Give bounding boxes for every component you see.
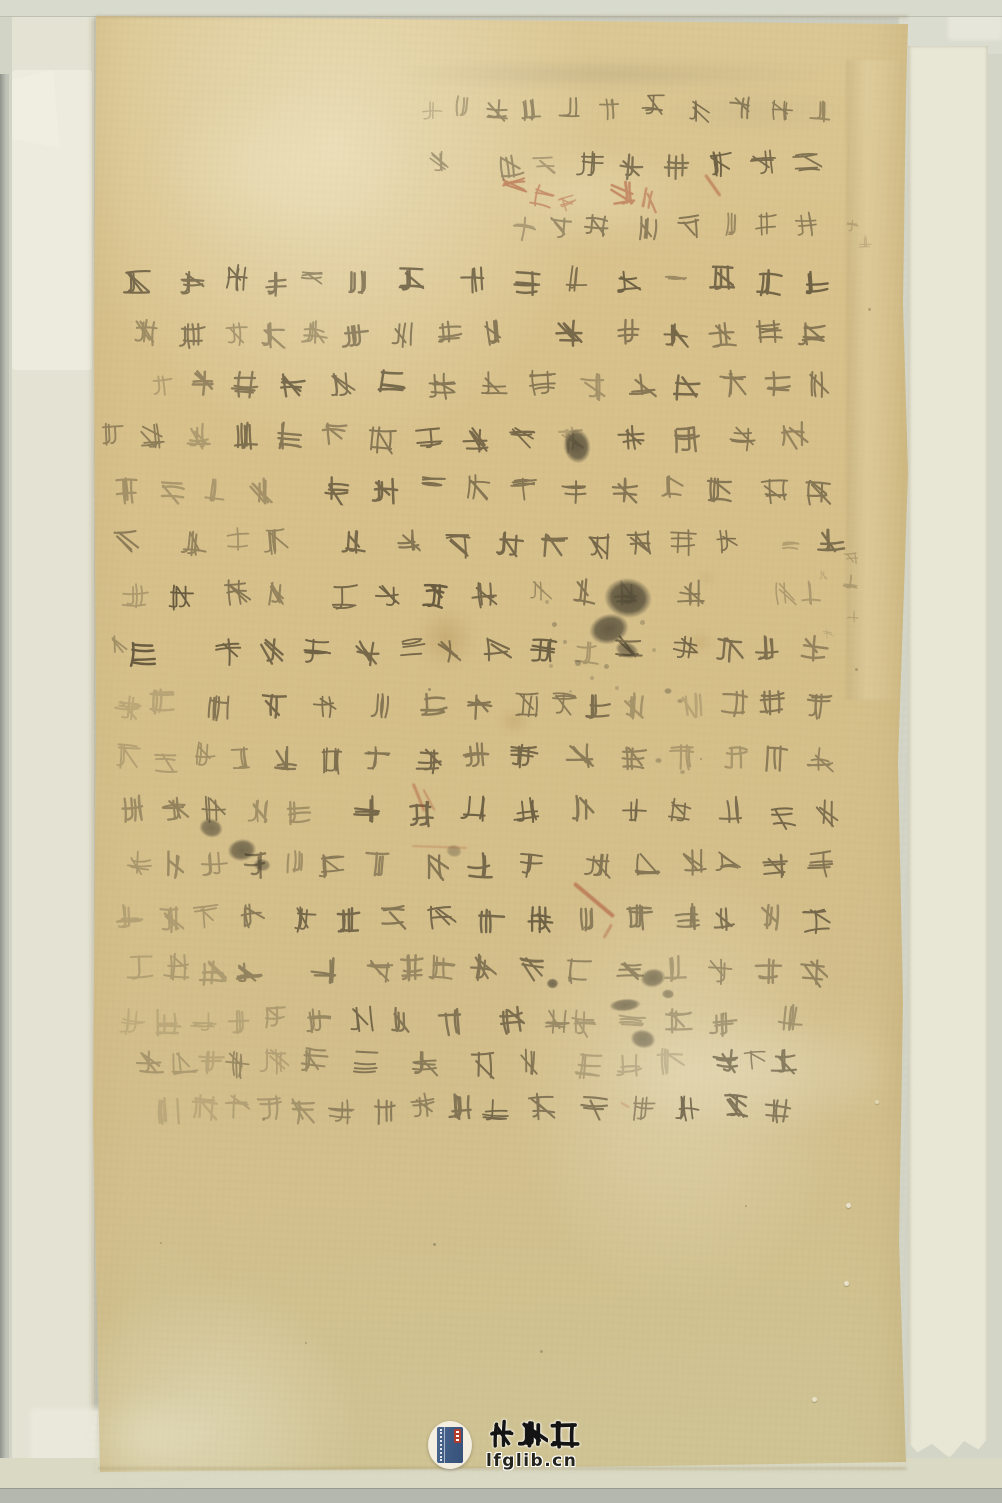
handwritten-char [661, 151, 692, 185]
handwritten-char [567, 576, 600, 613]
handwritten-char [527, 367, 559, 402]
handwritten-char [418, 688, 450, 723]
handwritten-char [99, 420, 127, 451]
ink-blot [654, 757, 663, 764]
handwritten-char [223, 526, 253, 559]
handwritten-char [396, 263, 427, 298]
handwritten-char [350, 794, 381, 829]
paper-speck [160, 1242, 162, 1244]
handwritten-char [611, 474, 642, 509]
handwritten-char [796, 956, 829, 993]
handwritten-char [668, 527, 699, 562]
handwritten-char [754, 210, 782, 242]
stitched-book-icon [437, 1427, 463, 1463]
handwritten-char [674, 1093, 706, 1128]
handwritten-char [528, 634, 561, 670]
handwritten-char [706, 319, 739, 356]
handwritten-char [673, 902, 704, 937]
ink-speckle [549, 664, 553, 668]
handwritten-char [679, 847, 709, 881]
handwritten-char [190, 901, 223, 938]
ink-speckle [552, 622, 557, 627]
handwritten-char [463, 472, 494, 507]
scan-bed-edge-left [0, 74, 9, 1503]
handwritten-char [480, 633, 513, 670]
handwritten-char [822, 625, 835, 645]
handwritten-char [760, 475, 790, 509]
handwritten-char [271, 744, 301, 778]
handwritten-char [717, 369, 749, 405]
handwritten-char [408, 1090, 441, 1126]
handwritten-char [255, 633, 288, 670]
red-ink-mark [605, 177, 638, 214]
ink-speckle [652, 648, 656, 652]
handwritten-char [511, 689, 543, 725]
handwritten-char [584, 692, 615, 727]
handwritten-char [798, 320, 829, 355]
handwritten-char [512, 267, 543, 302]
handwritten-char [303, 1005, 335, 1041]
handwritten-char [508, 739, 540, 774]
handwritten-char [561, 263, 594, 300]
handwritten-char [298, 264, 325, 295]
stain [88, 1392, 213, 1480]
book-stitch-binding [440, 1429, 442, 1461]
handwritten-char [675, 578, 706, 613]
handwritten-char [582, 849, 615, 886]
handwritten-char [233, 955, 266, 991]
handwritten-char [561, 956, 594, 992]
handwritten-char [704, 956, 735, 991]
handwritten-char [526, 903, 556, 937]
stain [395, 58, 830, 90]
handwritten-char [282, 849, 308, 879]
handwritten-char [155, 1095, 186, 1129]
handwritten-char [261, 1004, 287, 1034]
handwritten-char [713, 527, 741, 559]
handwritten-char [298, 1045, 330, 1081]
handwritten-char [228, 368, 261, 404]
handwritten-char [640, 91, 668, 123]
handwritten-char [259, 319, 290, 354]
handwritten-char [420, 96, 446, 126]
ink-speckle [563, 640, 567, 644]
handwritten-char [461, 424, 492, 459]
watermark-title-char [486, 1419, 516, 1453]
handwritten-char [188, 1006, 218, 1040]
handwritten-char [308, 954, 341, 990]
handwritten-char [189, 1091, 221, 1126]
handwritten-char [366, 423, 399, 459]
stain [120, 1180, 210, 1380]
handwritten-char [508, 213, 538, 247]
handwritten-char [597, 95, 626, 127]
handwritten-char [409, 1048, 439, 1082]
tape-strip-right [908, 46, 988, 1458]
handwritten-char [513, 952, 546, 989]
handwritten-char [426, 370, 458, 406]
handwritten-char [178, 268, 208, 302]
paper-hole-speck [812, 1397, 817, 1402]
handwritten-char [150, 745, 182, 780]
handwritten-char [670, 371, 701, 406]
handwritten-char [558, 476, 590, 512]
handwritten-char [810, 797, 842, 832]
handwritten-char [445, 1090, 477, 1126]
handwritten-char [576, 372, 606, 406]
handwritten-char [705, 475, 735, 509]
handwritten-char [321, 420, 350, 453]
handwritten-char [435, 1006, 468, 1043]
handwritten-char [386, 1005, 417, 1040]
handwritten-char [669, 631, 702, 668]
handwritten-char [152, 1008, 182, 1042]
handwritten-char [258, 690, 291, 726]
handwritten-char [858, 234, 873, 253]
handwritten-char [570, 903, 601, 938]
handwritten-char [262, 577, 295, 613]
ink-blot [676, 698, 684, 704]
handwritten-char [747, 147, 780, 183]
handwritten-char [753, 632, 785, 667]
handwritten-char [670, 425, 701, 460]
handwritten-char [317, 745, 348, 780]
handwritten-char [350, 636, 383, 672]
handwritten-char [726, 92, 755, 124]
handwritten-char [161, 952, 192, 987]
handwritten-char [846, 608, 860, 627]
handwritten-char [333, 905, 364, 940]
handwritten-char [465, 952, 498, 989]
handwritten-char [360, 743, 392, 779]
handwritten-char [220, 317, 252, 353]
handwritten-char [531, 151, 557, 181]
handwritten-char [167, 582, 197, 616]
handwritten-char [366, 690, 398, 726]
stain [150, 90, 420, 250]
handwritten-char [483, 95, 511, 127]
paper-hole-speck [875, 1100, 879, 1104]
ink-speckle [615, 686, 619, 690]
handwritten-char [476, 906, 506, 940]
paper-crease-right [846, 60, 904, 700]
handwritten-char [148, 687, 179, 722]
handwritten-char [664, 795, 696, 831]
handwritten-char [177, 320, 207, 354]
handwritten-char [196, 957, 228, 993]
handwritten-char [633, 850, 664, 885]
scanned-manuscript-page: lfglib.cn [0, 0, 1002, 1503]
handwritten-char [114, 901, 145, 936]
handwritten-char [244, 795, 276, 831]
handwritten-char [223, 1006, 255, 1042]
paper-speck [745, 1205, 747, 1207]
watermark: lfglib.cn [418, 1415, 608, 1477]
ink-blot [545, 977, 560, 990]
handwritten-char [564, 741, 596, 776]
paper-speck [433, 1243, 436, 1246]
handwritten-char [284, 795, 315, 830]
handwritten-char [221, 262, 253, 297]
watermark-title-char [550, 1419, 580, 1453]
handwritten-char [480, 368, 511, 403]
handwritten-char [761, 1094, 794, 1131]
handwritten-char [625, 369, 657, 405]
ink-speckle [569, 690, 572, 693]
handwritten-char [220, 1049, 251, 1084]
handwritten-char [226, 744, 255, 776]
handwritten-char [720, 1090, 751, 1125]
handwritten-char [753, 957, 783, 991]
handwritten-char [619, 743, 649, 777]
handwritten-char [348, 1003, 381, 1039]
handwritten-char [714, 847, 742, 879]
handwritten-char [676, 213, 705, 246]
handwritten-char [184, 421, 215, 456]
handwritten-char [376, 367, 409, 404]
handwritten-char [157, 475, 187, 509]
watermark-title-char [518, 1419, 548, 1453]
handwritten-char [443, 529, 475, 565]
handwritten-char [121, 266, 152, 301]
handwritten-char [664, 1005, 694, 1039]
handwritten-char [511, 1046, 542, 1081]
handwritten-char [298, 315, 331, 351]
handwritten-char [255, 1093, 287, 1129]
handwritten-char [582, 210, 611, 243]
paper-top-edge [96, 15, 908, 18]
handwritten-char [135, 420, 168, 457]
handwritten-char [799, 904, 832, 941]
handwritten-char [840, 572, 860, 596]
handwritten-char [160, 849, 192, 885]
handwritten-char [459, 739, 492, 776]
book-spine-line [444, 1427, 445, 1463]
handwritten-char [578, 1089, 611, 1125]
handwritten-char [469, 1049, 500, 1084]
handwritten-char [842, 549, 859, 570]
handwritten-char [756, 687, 788, 722]
handwritten-char [451, 92, 480, 124]
handwritten-char [527, 1091, 557, 1125]
paper-hole-speck [846, 1203, 851, 1208]
handwritten-char [309, 690, 341, 726]
handwritten-char [715, 211, 743, 243]
handwritten-char [767, 800, 797, 834]
handwritten-char [802, 477, 833, 512]
handwritten-char [374, 581, 405, 616]
handwritten-char [339, 526, 371, 562]
tape-fold-corner [12, 70, 60, 148]
handwritten-char [624, 902, 654, 936]
handwritten-char [425, 900, 457, 936]
handwritten-char [799, 267, 831, 303]
handwritten-char [117, 793, 149, 829]
handwritten-char [616, 423, 648, 459]
ink-speckle [628, 700, 631, 703]
handwritten-char [260, 525, 293, 562]
ink-speckle [545, 600, 549, 604]
handwritten-char [658, 472, 685, 503]
handwritten-char [806, 97, 833, 128]
watermark-site-name [486, 1419, 586, 1451]
handwritten-char [460, 793, 493, 829]
handwritten-char [223, 1090, 253, 1124]
handwritten-char [414, 745, 444, 779]
handwritten-char [377, 901, 410, 938]
handwritten-char [775, 1002, 808, 1039]
handwritten-char [436, 318, 465, 350]
handwritten-char [393, 528, 421, 560]
watermark-badge [428, 1421, 472, 1469]
handwritten-char [243, 476, 274, 511]
handwritten-char [396, 953, 427, 988]
handwritten-char [804, 690, 836, 725]
ink-speckle [575, 660, 581, 666]
handwritten-char [709, 1044, 742, 1081]
handwritten-char [791, 210, 821, 244]
handwritten-char [805, 744, 835, 778]
handwritten-char [316, 849, 349, 885]
handwritten-char [417, 580, 450, 617]
handwritten-char [368, 1095, 399, 1130]
book-title-label [454, 1429, 461, 1443]
handwritten-char [229, 421, 260, 456]
ink-speckle [604, 664, 609, 669]
handwritten-char [480, 316, 513, 352]
handwritten-char [625, 527, 656, 562]
watermark-site-url: lfglib.cn [486, 1451, 577, 1471]
handwritten-char [576, 150, 607, 185]
handwritten-char [718, 687, 750, 723]
handwritten-char [779, 420, 810, 455]
ink-blot [679, 769, 686, 775]
paper-speck [540, 1350, 543, 1353]
handwritten-char [329, 582, 359, 616]
paper-speck [305, 1342, 307, 1344]
handwritten-char [709, 1008, 740, 1043]
handwritten-char [515, 95, 544, 127]
handwritten-char [614, 1048, 646, 1084]
ink-speckle [590, 676, 594, 680]
handwritten-char [545, 213, 574, 246]
handwritten-char [758, 849, 790, 885]
handwritten-char [259, 1046, 289, 1080]
handwritten-char [120, 580, 150, 614]
handwritten-char [348, 1046, 380, 1082]
handwritten-char [769, 1046, 800, 1080]
handwritten-char [708, 902, 741, 939]
stain [820, 980, 890, 1140]
paper-speck [868, 308, 871, 311]
handwritten-char [753, 899, 786, 936]
handwritten-char [767, 97, 795, 128]
handwritten-char [713, 633, 746, 669]
handwritten-char [677, 690, 708, 725]
handwritten-char [198, 476, 228, 510]
handwritten-char [363, 956, 395, 992]
handwritten-char [147, 370, 176, 402]
paper-speck [855, 668, 858, 671]
handwritten-char [360, 849, 393, 885]
handwritten-char [221, 578, 252, 613]
handwritten-char [634, 214, 662, 246]
handwritten-char [117, 1006, 150, 1042]
handwritten-char [777, 528, 802, 557]
handwritten-char [188, 740, 220, 776]
handwritten-char [326, 369, 359, 405]
handwritten-char [431, 637, 461, 671]
handwritten-char [339, 319, 372, 356]
handwritten-char [135, 1046, 166, 1081]
handwritten-char [568, 1008, 599, 1043]
handwritten-char [742, 1044, 771, 1076]
handwritten-char [480, 1094, 511, 1129]
handwritten-char [612, 316, 642, 350]
handwritten-char [424, 148, 451, 179]
handwritten-char [494, 528, 526, 564]
handwritten-char [804, 848, 836, 884]
handwritten-char [509, 795, 542, 832]
handwritten-char [540, 529, 570, 563]
handwritten-char [188, 367, 218, 401]
handwritten-char [419, 852, 450, 887]
handwritten-char [726, 422, 757, 457]
handwritten-char [111, 474, 144, 511]
handwritten-char [506, 421, 537, 456]
handwritten-char [612, 266, 645, 303]
handwritten-char [512, 847, 545, 884]
handwritten-char [262, 268, 292, 302]
handwritten-char [628, 1093, 661, 1130]
handwritten-char [683, 97, 710, 128]
handwritten-char [790, 148, 823, 185]
paper-speck [700, 758, 702, 760]
handwritten-char [111, 741, 142, 776]
handwritten-char [178, 526, 211, 563]
handwritten-char [321, 474, 353, 510]
scan-bed-bottom-strip [0, 1488, 1002, 1503]
handwritten-char [723, 743, 753, 777]
handwritten-char [109, 527, 141, 562]
handwritten-char [802, 369, 833, 404]
handwritten-char [497, 1004, 530, 1041]
handwritten-char [417, 473, 448, 507]
handwritten-char [157, 793, 190, 830]
handwritten-char [457, 264, 488, 299]
handwritten-char [655, 1046, 685, 1080]
handwritten-char [202, 691, 235, 728]
handwritten-char [236, 900, 268, 936]
handwritten-char [124, 952, 155, 987]
paper-speck [262, 1118, 265, 1121]
handwritten-char [571, 1049, 604, 1086]
handwritten-char [706, 263, 736, 297]
handwritten-char [753, 267, 785, 303]
handwritten-char [660, 320, 691, 355]
handwritten-char [770, 579, 797, 610]
ink-blot [663, 687, 673, 695]
handwritten-char [345, 267, 375, 301]
handwritten-char [105, 632, 129, 660]
ink-speckle [640, 620, 645, 625]
handwritten-char [619, 690, 651, 726]
handwritten-char [621, 796, 652, 831]
handwritten-char [761, 743, 791, 777]
handwritten-char [396, 632, 429, 668]
handwritten-char [817, 565, 831, 585]
handwritten-char [286, 1095, 318, 1130]
